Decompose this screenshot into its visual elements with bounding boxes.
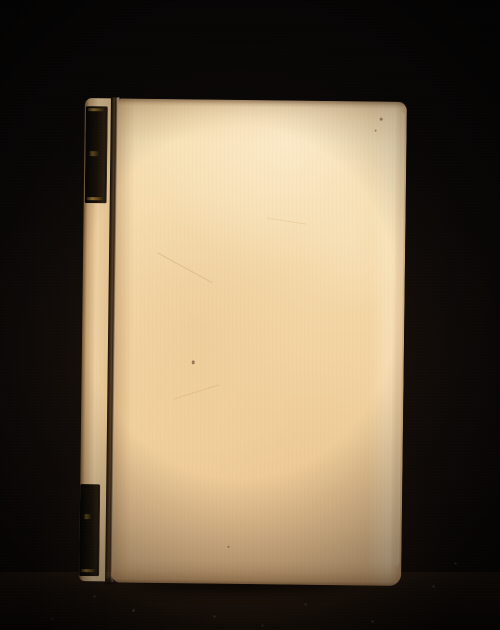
cover-speck xyxy=(227,546,229,548)
cover-speck xyxy=(375,130,377,132)
cover-speck xyxy=(192,360,195,364)
gilt-fleck-icon xyxy=(84,514,91,519)
cover-scratch xyxy=(267,218,307,225)
cover-speck xyxy=(380,118,383,121)
gilt-rule-icon xyxy=(87,197,103,200)
gilt-fleck-icon xyxy=(89,151,98,156)
spine-label-top xyxy=(85,106,108,203)
photo xyxy=(0,0,500,630)
cover-scratch xyxy=(157,252,212,283)
cover-top-bevel xyxy=(118,98,407,109)
dust-speckles xyxy=(0,0,1,1)
gilt-rule-icon xyxy=(81,569,95,572)
cover-scratch xyxy=(173,384,219,399)
spine-label-bottom xyxy=(79,484,100,576)
cover-bottom-edge xyxy=(112,558,401,586)
gilt-rule-icon xyxy=(88,108,104,111)
front-cover xyxy=(112,98,407,585)
book xyxy=(79,97,407,586)
